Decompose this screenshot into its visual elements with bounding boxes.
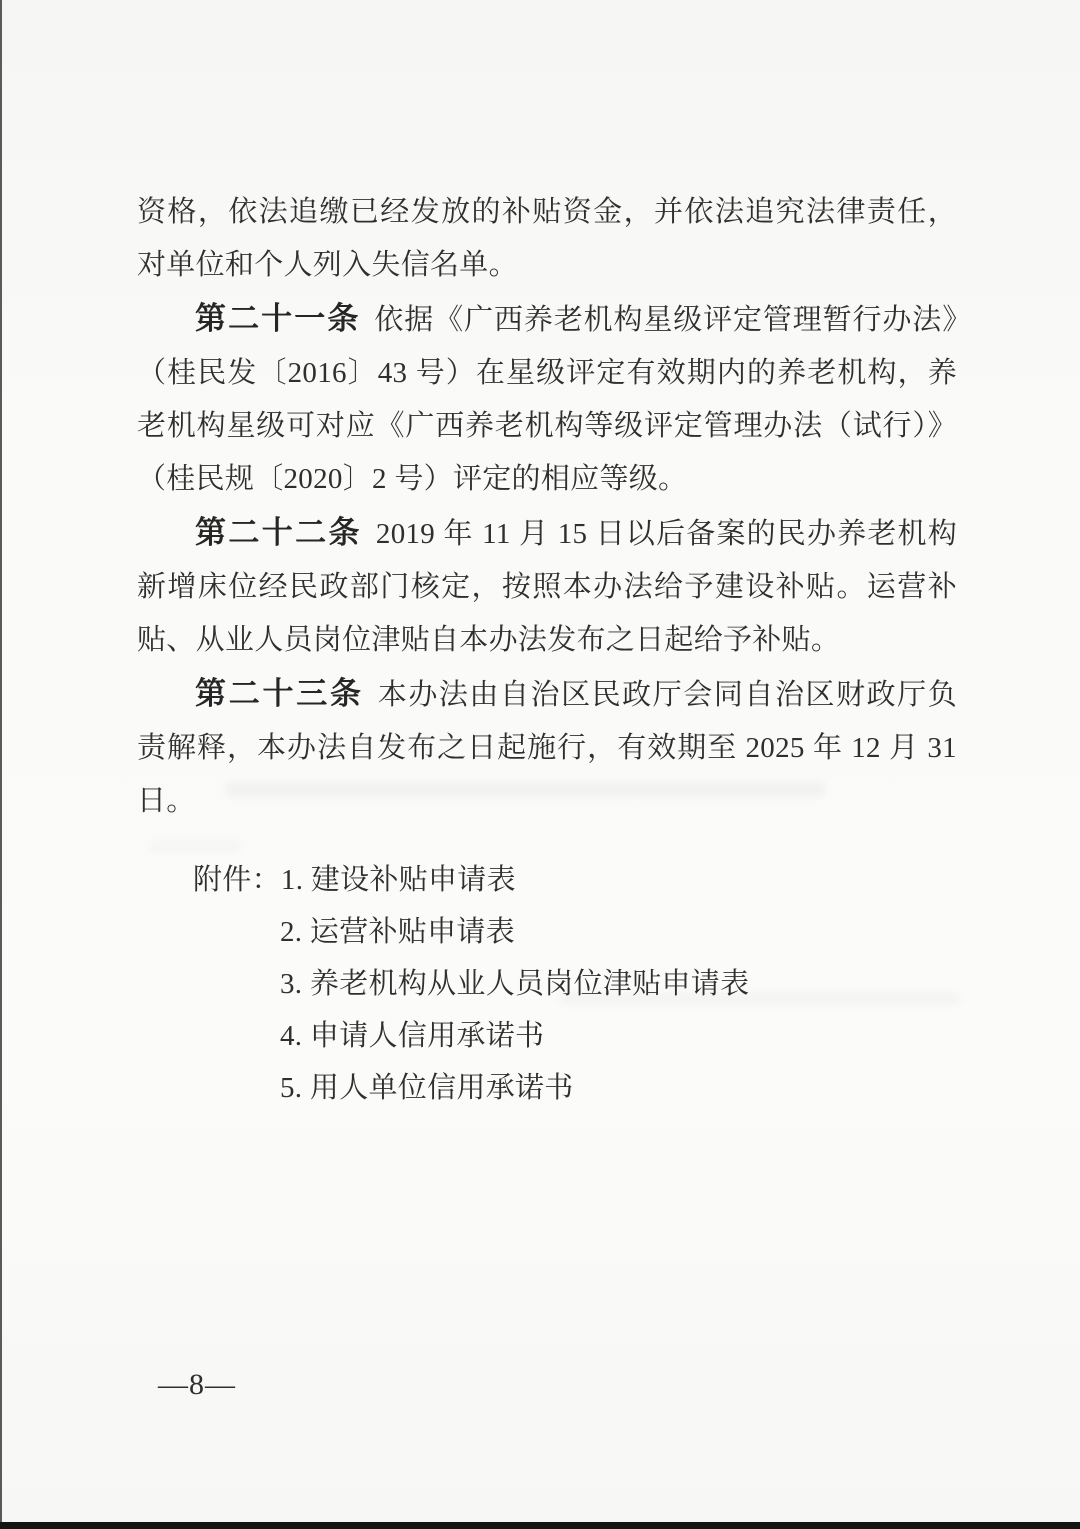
scan-left-edge-line xyxy=(0,0,2,1522)
document-body: 资格，依法追缴已经发放的补贴资金，并依法追究法律责任，对单位和个人列入失信名单。… xyxy=(137,186,957,1114)
attachment-item: 3. 养老机构从业人员岗位津贴申请表 xyxy=(137,958,957,1010)
attachments-label: 附件： xyxy=(193,864,281,896)
attachment-item: 5. 用人单位信用承诺书 xyxy=(137,1062,957,1114)
attachment-item-text: 5. 用人单位信用承诺书 xyxy=(280,1072,574,1104)
article-number: 第二十一条 xyxy=(195,301,360,336)
attachments-list: 附件：1. 建设补贴申请表 2. 运营补贴申请表 3. 养老机构从业人员岗位津贴… xyxy=(137,854,957,1114)
paragraph-article-22: 第二十二条2019 年 11 月 15 日以后备案的民办养老机构新增床位经民政部… xyxy=(137,506,957,667)
attachment-item: 2. 运营补贴申请表 xyxy=(137,906,957,958)
page-number: —8— xyxy=(158,1368,236,1402)
article-number: 第二十三条 xyxy=(195,676,364,711)
attachment-item: 4. 申请人信用承诺书 xyxy=(137,1010,957,1062)
article-number: 第二十二条 xyxy=(195,515,362,550)
attachment-item-text: 1. 建设补贴申请表 xyxy=(281,864,516,896)
paragraph-article-23: 第二十三条本办法由自治区民政厅会同自治区财政厅负责解释，本办法自发布之日起施行，… xyxy=(137,667,957,828)
attachment-item: 附件：1. 建设补贴申请表 xyxy=(137,854,957,906)
attachment-item-text: 4. 申请人信用承诺书 xyxy=(280,1020,544,1052)
attachment-item-text: 3. 养老机构从业人员岗位津贴申请表 xyxy=(280,968,749,1000)
document-page: 资格，依法追缴已经发放的补贴资金，并依法追究法律责任，对单位和个人列入失信名单。… xyxy=(0,0,1080,1529)
scan-bottom-bar xyxy=(0,1522,1080,1529)
paragraph-article-21: 第二十一条依据《广西养老机构星级评定管理暂行办法》（桂民发〔2016〕43 号）… xyxy=(137,292,957,506)
attachment-item-text: 2. 运营补贴申请表 xyxy=(280,916,515,948)
paragraph-continuation: 资格，依法追缴已经发放的补贴资金，并依法追究法律责任，对单位和个人列入失信名单。 xyxy=(137,186,957,292)
paragraph-text: 资格，依法追缴已经发放的补贴资金，并依法追究法律责任，对单位和个人列入失信名单。 xyxy=(137,196,957,281)
